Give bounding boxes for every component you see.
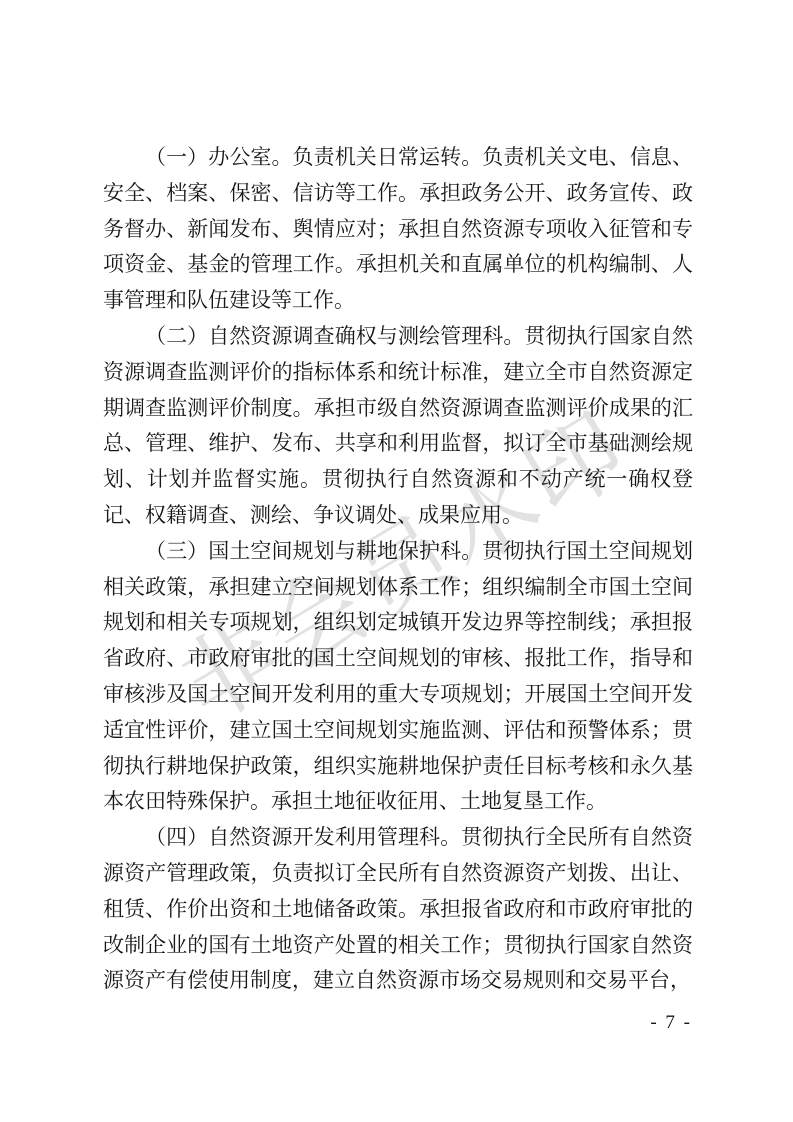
paragraph-section-1-office: （一）办公室。负责机关日常运转。负责机关文电、信息、安全、档案、保密、信访等工作… [103, 140, 693, 319]
page-number: - 7 - [650, 1012, 692, 1034]
paragraph-section-4-development-utilization: （四）自然资源开发利用管理科。贯彻执行全民所有自然资源资产管理政策，负责拟订全民… [103, 820, 693, 999]
document-body: （一）办公室。负责机关日常运转。负责机关文电、信息、安全、档案、保密、信访等工作… [103, 140, 693, 999]
document-page: 非会员水印 （一）办公室。负责机关日常运转。负责机关文电、信息、安全、档案、保密… [0, 0, 793, 1122]
paragraph-section-2-survey-mapping: （二）自然资源调查确权与测绘管理科。贯彻执行国家自然资源调查监测评价的指标体系和… [103, 319, 693, 534]
paragraph-section-3-spatial-planning: （三）国土空间规划与耕地保护科。贯彻执行国土空间规划相关政策，承担建立空间规划体… [103, 534, 693, 820]
